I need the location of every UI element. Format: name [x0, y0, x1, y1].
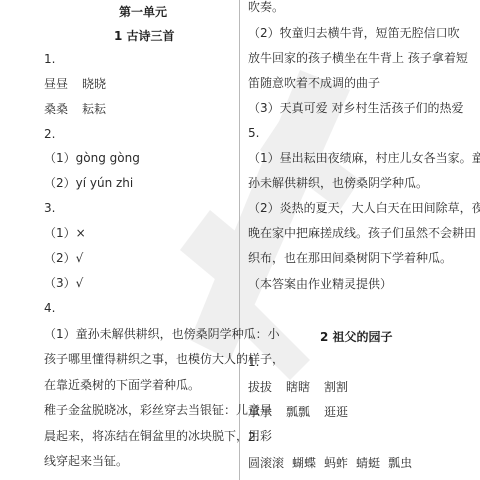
question-label: 1.: [248, 355, 259, 369]
question-label: 1.: [44, 52, 55, 66]
word-row: 拔拔瞎瞎割割: [248, 380, 348, 394]
answer-line: （1）gòng gòng: [44, 151, 140, 165]
question-label: 5.: [248, 126, 259, 140]
word-row: 圆滚滚蝴蝶蚂蚱蜻蜓瓢虫: [248, 456, 412, 470]
answer-line: 晚在家中把麻搓成线。孩子们虽然不会耕田: [248, 226, 476, 240]
answer-line: 晨起来，将冻结在铜盆里的冰块脱下，用彩: [44, 429, 272, 443]
word: 逛逛: [324, 405, 348, 419]
answer-line: （2）炎热的夏天，大人白天在田间除草，夜: [248, 201, 480, 215]
lesson-title: 1 古诗三首: [114, 29, 175, 43]
word: 蚂蚱: [324, 456, 348, 470]
word: 拔拔: [248, 380, 272, 394]
word: 割割: [324, 380, 348, 394]
word-row: 桑桑耘耘: [44, 102, 106, 116]
answer-line: （1）×: [44, 226, 86, 240]
answer-line: 线穿起来当钲。: [44, 454, 128, 468]
word: 瓢虫: [388, 456, 412, 470]
word: 瓢瓢: [286, 405, 310, 419]
answer-line: （3）天真可爱 对乡村生活孩子们的热爱: [248, 101, 463, 115]
answer-line: （2）√: [44, 251, 83, 265]
question-label: 3.: [44, 201, 55, 215]
answer-line: 孙未解供耕织，也傍桑阴学种瓜。: [248, 176, 428, 190]
word: 桑桑: [44, 102, 68, 116]
answer-line: 笛随意吹着不成调的曲子: [248, 76, 380, 90]
word: 圆滚滚: [248, 456, 284, 470]
question-label: 4.: [44, 301, 55, 315]
answer-line: 织布，也在那田间桑树阴下学着种瓜。: [248, 251, 452, 265]
word-row: 昼昼晓晓: [44, 77, 106, 91]
answer-line: （1）昼出耘田夜绩麻，村庄儿女各当家。童: [248, 151, 480, 165]
word: 晓晓: [82, 77, 106, 91]
answer-line: 在靠近桑树的下面学着种瓜。: [44, 378, 200, 392]
answer-line: 放牛回家的孩子横坐在牛背上 孩子拿着短: [248, 51, 468, 65]
answer-line: （2）牧童归去横牛背，短笛无腔信口吹: [248, 26, 460, 40]
lesson-title: 2 祖父的园子: [320, 330, 393, 344]
word: 蜻蜓: [356, 456, 380, 470]
word: 瞎瞎: [286, 380, 310, 394]
word: 昼昼: [44, 77, 68, 91]
unit-title: 第一单元: [119, 5, 167, 19]
answer-line: （1）童孙未解供耕织，也傍桑阴学种瓜：小: [44, 327, 280, 341]
answer-line: 吹奏。: [248, 0, 284, 14]
credit-note: （本答案由作业精灵提供）: [248, 277, 392, 291]
question-label: 2.: [248, 430, 259, 444]
answer-line: 稚子金盆脱晓冰，彩丝穿去当银钲：儿童早: [44, 403, 272, 417]
word: 蝴蝶: [292, 456, 316, 470]
answer-line: （2）yí yún zhi: [44, 176, 133, 190]
document-page: 第一单元 1 古诗三首 1. 昼昼晓晓 桑桑耘耘 2. （1）gòng gòng…: [0, 0, 480, 480]
word: 耘耘: [82, 102, 106, 116]
word-row: 承承瓢瓢逛逛: [248, 405, 348, 419]
word: 承承: [248, 405, 272, 419]
question-label: 2.: [44, 127, 55, 141]
answer-line: （3）√: [44, 276, 83, 290]
